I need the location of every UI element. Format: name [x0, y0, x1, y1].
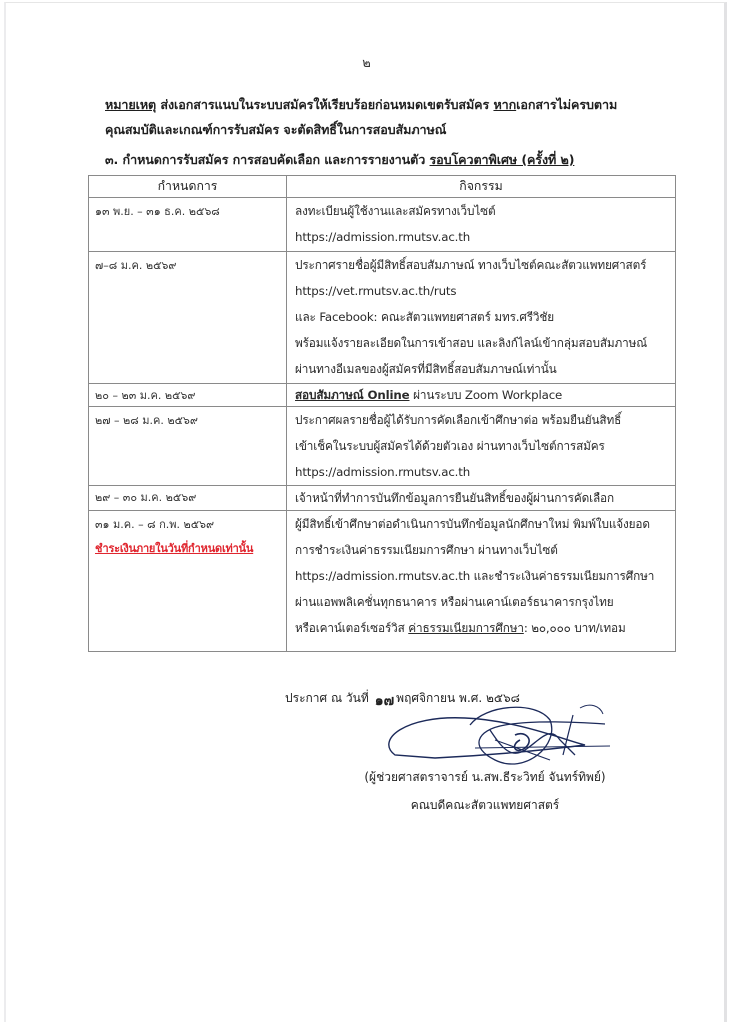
note-paragraph: หมายเหตุ ส่งเอกสารแนบในระบบสมัครให้เรียบ…	[105, 92, 685, 142]
note-text-3: คุณสมบัติและเกณฑ์การรับสมัคร จะตัดสิทธิ์…	[105, 122, 446, 137]
section-title: ๓. กำหนดการรับสมัคร การสอบคัดเลือก และกา…	[105, 150, 685, 170]
row-date: ๒๗ – ๒๘ ม.ค. ๒๕๖๙	[89, 407, 287, 486]
announcement-prefix: ประกาศ ณ วันที่	[285, 691, 369, 705]
fee-prefix: หรือเคาน์เตอร์เซอร์วิส	[295, 621, 408, 635]
activity-line: https://admission.rmutsv.ac.th และชำระเง…	[295, 563, 669, 589]
signatory-name: (ผู้ช่วยศาสตราจารย์ น.สพ.ธีระวิทย์ จันทร…	[350, 768, 620, 787]
activity-line: ผู้มีสิทธิ์เข้าศึกษาต่อดำเนินการบันทึกข้…	[295, 511, 669, 537]
table-row: ๒๙ – ๓๐ ม.ค. ๒๕๖๙ เจ้าหน้าที่ทำการบันทึก…	[89, 486, 676, 511]
activity-line: ประกาศผลรายชื่อผู้ได้รับการคัดเลือกเข้าศ…	[295, 407, 669, 433]
row-activity: สอบสัมภาษณ์ Online ผ่านระบบ Zoom Workpla…	[287, 384, 676, 407]
activity-line: สอบสัมภาษณ์ Online ผ่านระบบ Zoom Workpla…	[295, 384, 669, 406]
table-row: ๓๑ ม.ค. – ๘ ก.พ. ๒๕๖๙ ชำระเงินภายในวันที…	[89, 511, 676, 652]
date-range: ๓๑ ม.ค. – ๘ ก.พ. ๒๕๖๙	[95, 518, 214, 531]
activity-line: และ Facebook: คณะสัตวแพทยศาสตร์ มทร.ศรีว…	[295, 304, 669, 330]
note-text-2: เอกสารไม่ครบตาม	[516, 97, 617, 112]
row-activity: เจ้าหน้าที่ทำการบันทึกข้อมูลการยืนยันสิท…	[287, 486, 676, 511]
row-activity: ผู้มีสิทธิ์เข้าศึกษาต่อดำเนินการบันทึกข้…	[287, 511, 676, 652]
activity-line: เจ้าหน้าที่ทำการบันทึกข้อมูลการยืนยันสิท…	[295, 486, 669, 510]
activity-line: ประกาศรายชื่อผู้มีสิทธิ์สอบสัมภาษณ์ ทางเ…	[295, 252, 669, 278]
table-header-row: กำหนดการ กิจกรรม	[89, 176, 676, 198]
section-title-underlined: รอบโควตาพิเศษ (ครั้งที่ ๒)	[430, 152, 575, 167]
table-row: ๗–๘ ม.ค. ๒๕๖๙ ประกาศรายชื่อผู้มีสิทธิ์สอ…	[89, 252, 676, 384]
row-activity: ประกาศผลรายชื่อผู้ได้รับการคัดเลือกเข้าศ…	[287, 407, 676, 486]
activity-line: ผ่านแอพพลิเคชั่นทุกธนาคาร หรือผ่านเคาน์เ…	[295, 589, 669, 615]
table-row: ๒๗ – ๒๘ ม.ค. ๒๕๖๙ ประกาศผลรายชื่อผู้ได้ร…	[89, 407, 676, 486]
table-row: ๑๓ พ.ย. – ๓๑ ธ.ค. ๒๕๖๘ ลงทะเบียนผู้ใช้งา…	[89, 198, 676, 252]
row-date: ๒๙ – ๓๐ ม.ค. ๒๕๖๙	[89, 486, 287, 511]
signature-image	[375, 700, 625, 770]
note-text-1: ส่งเอกสารแนบในระบบสมัครให้เรียบร้อยก่อนห…	[156, 97, 493, 112]
activity-line: ผ่านทางอีเมลของผู้สมัครที่มีสิทธิ์สอบสัม…	[295, 356, 669, 382]
fee-label: ค่าธรรมเนียมการศึกษา	[408, 621, 524, 635]
signatory-position: คณบดีคณะสัตวแพทยศาสตร์	[350, 796, 620, 815]
activity-line: หรือเคาน์เตอร์เซอร์วิส ค่าธรรมเนียมการศึ…	[295, 615, 669, 641]
activity-line: ลงทะเบียนผู้ใช้งานและสมัครทางเว็บไซต์	[295, 198, 669, 224]
row-date: ๗–๘ ม.ค. ๒๕๖๙	[89, 252, 287, 384]
payment-deadline-note: ชำระเงินภายในวันที่กำหนดเท่านั้น	[95, 540, 280, 558]
activity-link[interactable]: https://admission.rmutsv.ac.th	[295, 459, 669, 485]
table-row: ๒๐ – ๒๓ ม.ค. ๒๕๖๙ สอบสัมภาษณ์ Online ผ่า…	[89, 384, 676, 407]
interview-online-label: สอบสัมภาษณ์ Online	[295, 388, 410, 402]
activity-link[interactable]: https://admission.rmutsv.ac.th	[295, 224, 669, 250]
interview-platform: ผ่านระบบ Zoom Workplace	[410, 388, 563, 402]
page-number: ๒	[0, 52, 733, 73]
note-emphasis: หาก	[493, 97, 516, 112]
row-date: ๑๓ พ.ย. – ๓๑ ธ.ค. ๒๕๖๘	[89, 198, 287, 252]
note-label: หมายเหตุ	[105, 97, 156, 112]
row-activity: ลงทะเบียนผู้ใช้งานและสมัครทางเว็บไซต์ ht…	[287, 198, 676, 252]
activity-line: พร้อมแจ้งรายละเอียดในการเข้าสอบ และลิงก์…	[295, 330, 669, 356]
schedule-table: กำหนดการ กิจกรรม ๑๓ พ.ย. – ๓๑ ธ.ค. ๒๕๖๘ …	[88, 175, 676, 652]
header-activity: กิจกรรม	[287, 176, 676, 198]
row-date: ๓๑ ม.ค. – ๘ ก.พ. ๒๕๖๙ ชำระเงินภายในวันที…	[89, 511, 287, 652]
row-activity: ประกาศรายชื่อผู้มีสิทธิ์สอบสัมภาษณ์ ทางเ…	[287, 252, 676, 384]
activity-link[interactable]: https://vet.rmutsv.ac.th/ruts	[295, 278, 669, 304]
activity-line: เข้าเช็คในระบบผู้สมัครได้ด้วยตัวเอง ผ่าน…	[295, 433, 669, 459]
header-schedule: กำหนดการ	[89, 176, 287, 198]
activity-line: การชำระเงินค่าธรรมเนียมการศึกษา ผ่านทางเ…	[295, 537, 669, 563]
section-title-prefix: ๓. กำหนดการรับสมัคร การสอบคัดเลือก และกา…	[105, 152, 430, 167]
row-date: ๒๐ – ๒๓ ม.ค. ๒๕๖๙	[89, 384, 287, 407]
fee-amount: : ๒๐,๐๐๐ บาท/เทอม	[524, 621, 626, 635]
